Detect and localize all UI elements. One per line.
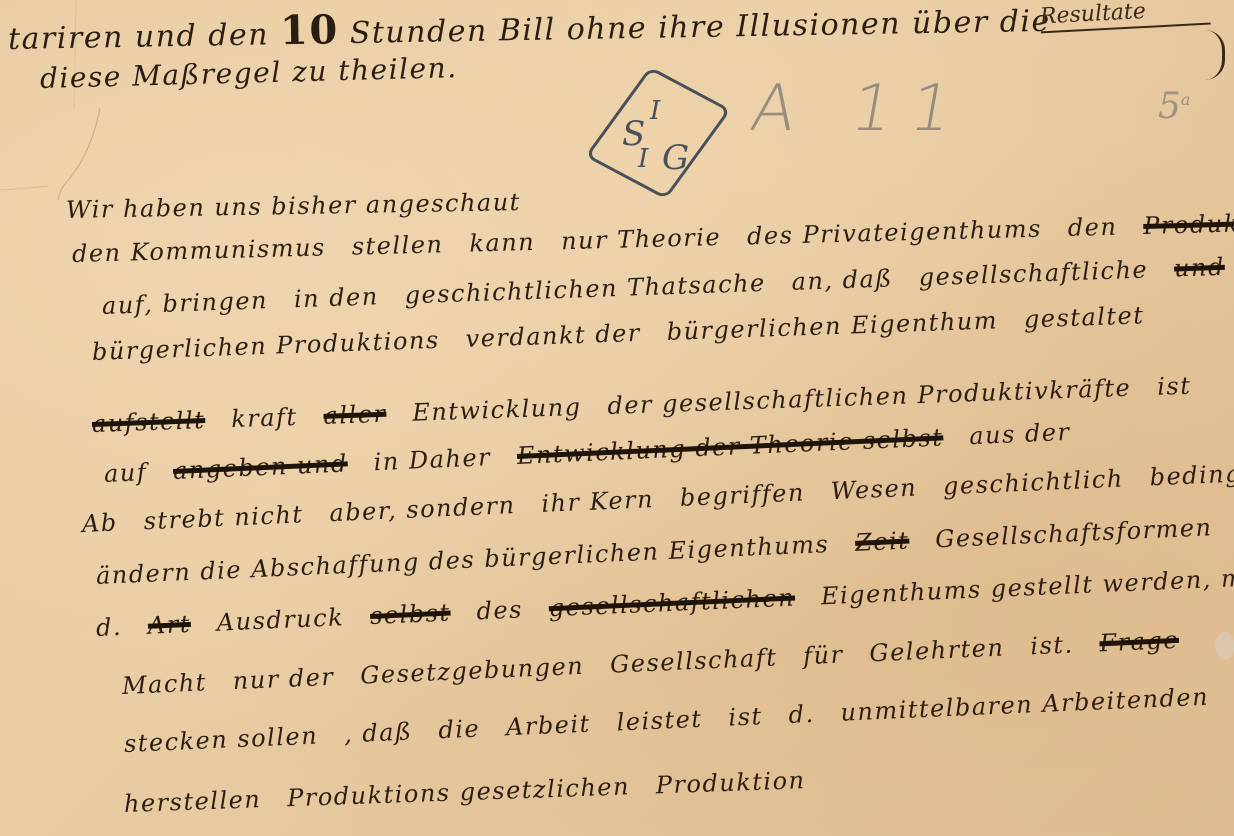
word: Produktions gesetzlichen: [287, 772, 631, 812]
word: Eigenthums gestellt werden, mit dem: [820, 560, 1234, 610]
word: , daß: [343, 717, 413, 748]
word: in den: [293, 282, 379, 313]
word: gestaltet: [1023, 301, 1144, 333]
word: ist.: [1030, 630, 1074, 660]
word: gesellschaftliche: [918, 255, 1148, 291]
word: bürgerlichen Produktions: [92, 326, 441, 366]
word: des: [476, 595, 524, 625]
struck-word: aller: [323, 400, 387, 430]
header-line-1-end: Stunden Bill ohne ihre Illusionen über d…: [349, 4, 1051, 51]
word: ändern die Abschaffung des bürgerlichen …: [95, 530, 829, 590]
word: bürgerlichen Eigenthum: [666, 306, 998, 346]
word: auf: [103, 458, 147, 488]
word: d.: [788, 700, 815, 729]
word: die: [438, 714, 481, 744]
word: den: [1067, 213, 1117, 242]
sig-stamp-monogram: SI IG: [620, 100, 700, 180]
word: d.: [95, 613, 122, 642]
word: Gesellschaftsformen: [935, 513, 1213, 553]
word: leistet: [616, 705, 703, 737]
word: des Privateigenthums: [747, 215, 1042, 251]
header-line-2: diese Maßregel zu theilen.: [40, 51, 458, 95]
struck-word: Art: [147, 610, 191, 640]
struck-word: und: [1174, 253, 1226, 283]
struck-word: angeben und: [172, 449, 348, 485]
word: geschichtlich: [942, 465, 1124, 501]
page-number: 5a: [1158, 86, 1190, 127]
manuscript-line: Machtnur derGesetzgebungenGesellschaftfü…: [121, 625, 1205, 700]
manuscript-page: tariren und den 10 Stunden Bill ohne ihr…: [0, 0, 1234, 836]
word: kraft: [231, 403, 298, 433]
word: Gesellschaft: [609, 643, 777, 678]
word: Entwicklung: [412, 393, 582, 427]
margin-note: Resultate: [1039, 0, 1210, 33]
word: verdankt der: [465, 319, 641, 353]
word: strebt nicht: [143, 500, 304, 535]
word: begriffen: [679, 478, 805, 511]
struck-word: gesellschaftlichen: [548, 583, 795, 622]
pencil-mark: A 11: [745, 72, 976, 146]
word: herstellen: [124, 785, 262, 818]
word: den Kommunismus: [72, 233, 326, 268]
word: stellen: [351, 230, 443, 260]
header-line-1-start: tariren und den: [8, 17, 270, 57]
word: Wesen: [830, 474, 918, 506]
word: Gelehrten: [869, 633, 1005, 667]
word: Wir haben uns bisher angeschaut: [66, 188, 521, 224]
word: aber, sondern: [329, 491, 516, 527]
page-number-suffix: a: [1181, 90, 1191, 109]
word: an, daß: [791, 264, 893, 296]
word: Ab: [81, 508, 118, 538]
word: Macht: [121, 668, 207, 700]
header-number-10: 10: [280, 6, 339, 54]
struck-word: selbst: [369, 599, 451, 630]
word: auf, bringen: [102, 286, 269, 320]
struck-word: Produktion: [1143, 208, 1234, 240]
word: unmittelbaren Arbeitenden: [840, 683, 1210, 727]
word: stecken sollen: [123, 722, 318, 758]
word: Arbeit: [505, 710, 591, 742]
word: Produktion: [655, 766, 806, 799]
word: Gesetzgebungen: [360, 652, 585, 690]
word: geschichtlichen Thatsache: [404, 269, 766, 310]
struck-word: Zeit: [855, 527, 910, 557]
struck-word: Frage: [1099, 626, 1180, 657]
word: kann: [469, 228, 535, 258]
struck-word: aufstellt: [92, 406, 206, 438]
word: aus der: [969, 418, 1071, 450]
struck-word: Entwicklung der Theorie selbst: [516, 423, 944, 470]
margin-note-text: Resultate: [1039, 0, 1146, 29]
word: ist: [728, 702, 763, 731]
manuscript-line: herstellenProduktions gesetzlichenProduk…: [124, 765, 832, 818]
margin-bracket: [1198, 30, 1225, 80]
page-number-value: 5: [1158, 86, 1181, 127]
word: nur der: [232, 663, 335, 695]
word: für: [803, 641, 844, 671]
header-line-1: tariren und den 10 Stunden Bill ohne ihr…: [8, 0, 1051, 59]
word: der gesellschaftlichen Produktivkräfte: [607, 374, 1132, 420]
manuscript-line: Wir haben uns bisher angeschaut: [66, 188, 547, 224]
manuscript-line: stecken sollen, daßdieArbeitleistetistd.…: [123, 682, 1234, 758]
word: ihr Kern: [541, 485, 655, 518]
word: in Daher: [373, 443, 492, 476]
word: Ausdruck: [216, 603, 344, 637]
word: bedingt: [1149, 459, 1234, 491]
word: ist: [1157, 372, 1192, 401]
word: nur Theorie: [561, 223, 722, 255]
